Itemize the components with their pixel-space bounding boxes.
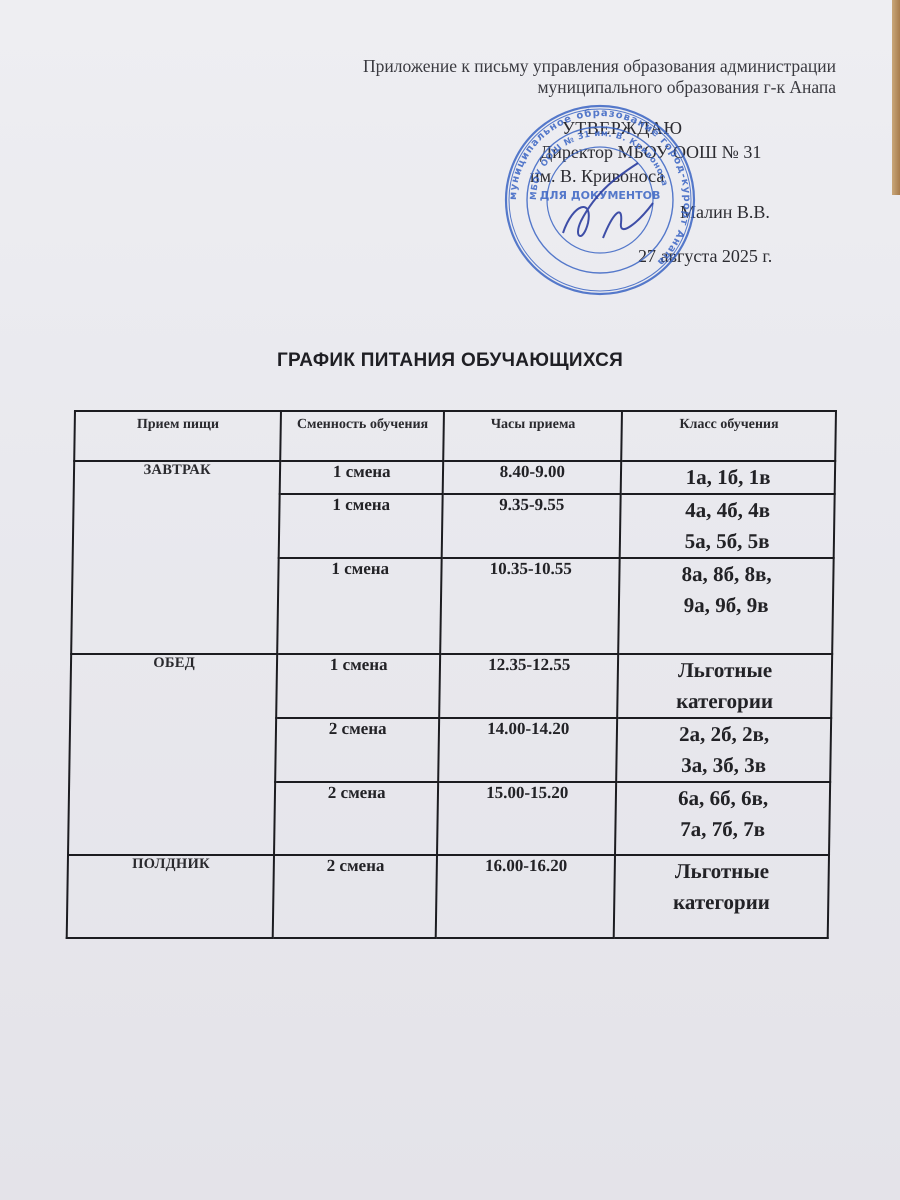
classes-cell: 4а, 4б, 4в 5а, 5б, 5в xyxy=(620,494,835,558)
meal-cell: ОБЕД xyxy=(68,654,278,855)
shift-cell: 2 смена xyxy=(273,855,437,938)
classes-line: 5а, 5б, 5в xyxy=(621,526,833,557)
time-cell: 15.00-15.20 xyxy=(437,782,616,855)
classes-line: 8а, 8б, 8в, xyxy=(621,559,833,590)
classes-line: 3а, 3б, 3в xyxy=(618,750,830,781)
header-meal: Прием пищи xyxy=(74,411,281,461)
classes-line: 4а, 4б, 4в xyxy=(622,495,834,526)
classes-line: 1а, 1б, 1в xyxy=(622,462,834,493)
shift-cell: 1 смена xyxy=(280,461,443,494)
table-row: ОБЕД 1 смена 12.35-12.55 Льготные катего… xyxy=(70,654,832,718)
header-classes: Класс обучения xyxy=(622,411,836,461)
classes-cell: 2а, 2б, 2в, 3а, 3б, 3в xyxy=(617,718,832,782)
approval-school: им. В. Кривоноса xyxy=(530,164,830,188)
approval-signatory: Малин В.В. xyxy=(530,200,830,224)
time-cell: 16.00-16.20 xyxy=(436,855,616,938)
meal-cell: ПОЛДНИК xyxy=(67,855,275,938)
header-time: Часы приема xyxy=(443,411,622,461)
classes-cell: 1а, 1б, 1в xyxy=(621,461,835,494)
shift-cell: 1 смена xyxy=(277,654,441,718)
classes-line: категории xyxy=(615,887,827,918)
shift-cell: 1 смена xyxy=(279,494,443,558)
classes-line: 2а, 2б, 2в, xyxy=(618,719,830,750)
time-cell: 8.40-9.00 xyxy=(443,461,622,494)
classes-line: категории xyxy=(619,686,831,717)
time-cell: 12.35-12.55 xyxy=(439,654,618,718)
classes-cell: 6а, 6б, 6в, 7а, 7б, 7в xyxy=(615,782,830,855)
time-cell: 9.35-9.55 xyxy=(442,494,621,558)
shift-cell: 2 смена xyxy=(275,718,439,782)
desk-edge xyxy=(892,0,900,195)
header-note-line1: Приложение к письму управления образован… xyxy=(363,56,836,77)
classes-line: Льготные xyxy=(619,655,831,686)
header-note-line2: муниципального образования г-к Анапа xyxy=(363,77,836,98)
approval-title: УТВЕРЖДАЮ xyxy=(530,116,830,140)
table-header-row: Прием пищи Сменность обучения Часы прием… xyxy=(74,411,836,461)
approval-date: 27 августа 2025 г. xyxy=(530,244,830,268)
meal-schedule-table: Прием пищи Сменность обучения Часы прием… xyxy=(66,410,837,939)
classes-cell: Льготные категории xyxy=(614,855,829,938)
classes-cell: 8а, 8б, 8в, 9а, 9б, 9в xyxy=(619,558,834,654)
classes-line: 9а, 9б, 9в xyxy=(620,590,832,621)
classes-line: Льготные xyxy=(616,856,828,887)
time-cell: 10.35-10.55 xyxy=(440,558,620,654)
header-shift: Сменность обучения xyxy=(281,411,445,461)
approval-block: УТВЕРЖДАЮ Директор МБОУ ООШ № 31 им. В. … xyxy=(530,116,830,268)
shift-cell: 2 смена xyxy=(274,782,438,855)
document-title: ГРАФИК ПИТАНИЯ ОБУЧАЮЩИХСЯ xyxy=(0,350,900,372)
meal-cell: ЗАВТРАК xyxy=(71,461,280,654)
classes-line: 7а, 7б, 7в xyxy=(617,814,829,845)
approval-position: Директор МБОУ ООШ № 31 xyxy=(530,140,830,164)
shift-cell: 1 смена xyxy=(278,558,442,654)
classes-line: 6а, 6б, 6в, xyxy=(617,783,829,814)
table-row: ПОЛДНИК 2 смена 16.00-16.20 Льготные кат… xyxy=(67,855,829,938)
header-note: Приложение к письму управления образован… xyxy=(363,56,836,98)
classes-cell: Льготные категории xyxy=(618,654,833,718)
time-cell: 14.00-14.20 xyxy=(438,718,617,782)
table-row: ЗАВТРАК 1 смена 8.40-9.00 1а, 1б, 1в xyxy=(74,461,836,494)
